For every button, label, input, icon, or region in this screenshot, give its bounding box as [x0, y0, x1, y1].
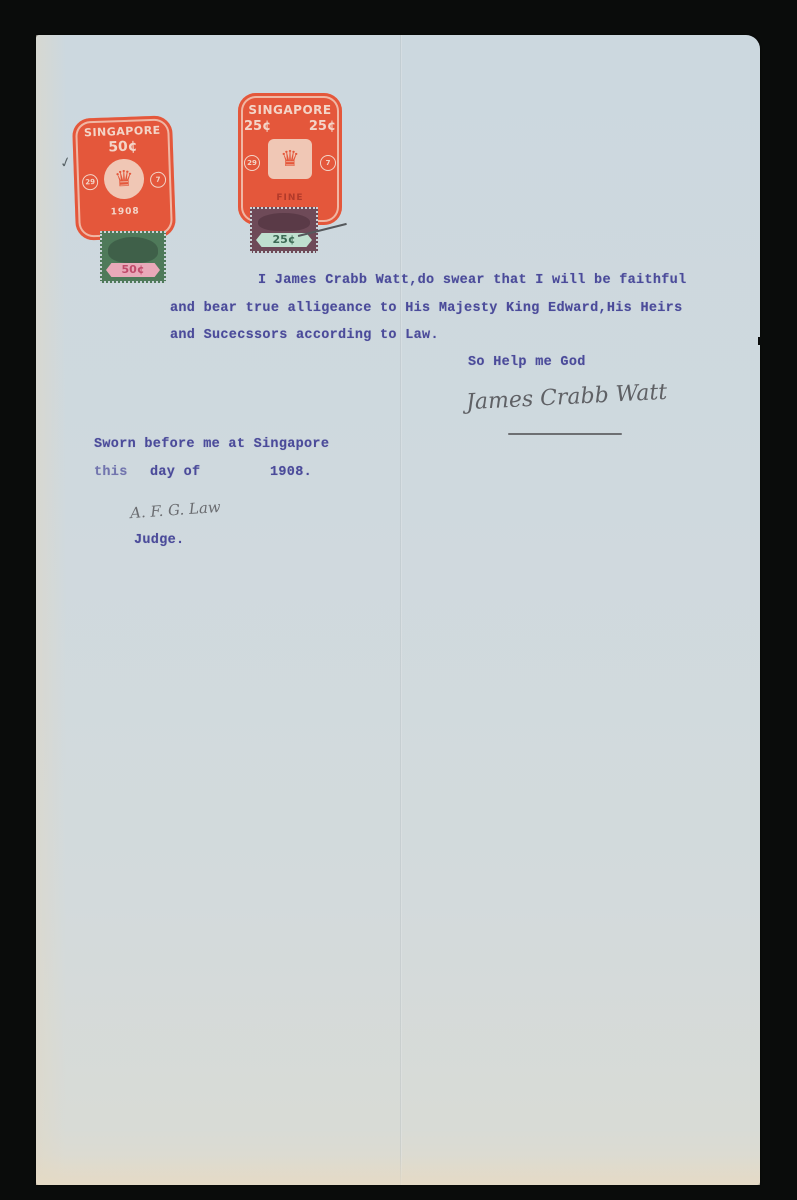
jurat-line-1: Sworn before me at Singapore — [94, 437, 329, 452]
jurat-day-of: day of — [150, 465, 200, 480]
margin-check-mark-icon: ✓ — [58, 154, 73, 172]
jurat-prefix: this — [94, 465, 128, 480]
document-page: ✓ SINGAPORE 50¢ ♛ 29 7 1908 50¢ SINGAPOR… — [36, 35, 760, 1185]
oath-line-3: and Sucecssors according to Law. — [170, 328, 439, 343]
stamp-overprint-year: 1908 — [75, 205, 175, 218]
judge-signature: A. F. G. Law — [129, 498, 221, 522]
stamp-value-left: 25¢ — [244, 119, 271, 134]
stamp-value-right: 25¢ — [309, 119, 336, 134]
stamp-right-number: 7 — [320, 155, 336, 171]
crown-icon: ♛ — [268, 139, 312, 179]
paper-edge-tear — [758, 337, 762, 345]
judge-title: Judge. — [134, 533, 184, 548]
oath-line-2: and bear true alligeance to His Majesty … — [170, 301, 682, 316]
crown-icon: ♛ — [103, 158, 144, 199]
stamp-title: SINGAPORE — [238, 103, 342, 117]
postage-stamp-25c: 25¢ — [250, 207, 318, 253]
king-portrait-icon — [258, 213, 310, 231]
king-portrait-icon — [108, 237, 158, 263]
deponent-signature: James Crabb Watt — [465, 380, 667, 415]
signature-underline — [508, 433, 622, 435]
stamp-left-number: 29 — [244, 155, 260, 171]
stamp-value: 50¢ — [73, 137, 173, 156]
stamp-right-number: 7 — [150, 172, 167, 189]
closing-phrase: So Help me God — [468, 355, 586, 370]
center-fold-crease — [400, 35, 402, 1185]
revenue-stamp-25c: SINGAPORE 25¢ 25¢ ♛ 29 7 FINE — [238, 93, 342, 225]
stamp-overprint-text: FINE — [238, 193, 342, 203]
postage-stamp-50c: 50¢ — [100, 231, 166, 283]
postage-value: 50¢ — [106, 263, 160, 277]
jurat-year: 1908. — [270, 465, 312, 480]
revenue-stamp-50c: SINGAPORE 50¢ ♛ 29 7 1908 — [72, 115, 176, 240]
oath-line-1: I James Crabb Watt,do swear that I will … — [258, 273, 686, 288]
stamp-left-number: 29 — [82, 174, 99, 191]
